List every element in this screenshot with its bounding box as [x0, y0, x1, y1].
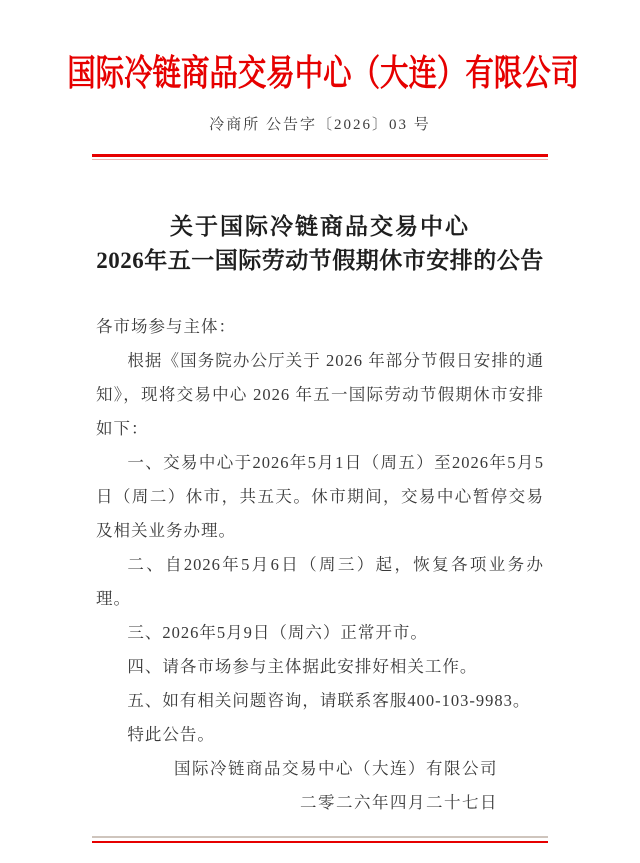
- paragraph-item-5: 五、如有相关问题咨询，请联系客服400-103-9983。: [96, 684, 544, 718]
- signature-date: 二零二六年四月二十七日: [96, 786, 544, 820]
- closing-statement: 特此公告。: [96, 718, 544, 752]
- paragraph-item-2: 二、自2026年5月6日（周三）起，恢复各项业务办理。: [96, 548, 544, 616]
- signature-org: 国际冷链商品交易中心（大连）有限公司: [96, 752, 544, 786]
- paragraph-item-4: 四、请各市场参与主体据此安排好相关工作。: [96, 650, 544, 684]
- footer-divider-red-line: [92, 841, 548, 843]
- footer-divider-gray-line: [92, 836, 548, 838]
- header-divider: [92, 154, 548, 160]
- paragraph-intro: 根据《国务院办公厅关于 2026 年部分节假日安排的通知》，现将交易中心 202…: [96, 344, 544, 446]
- header-divider-red-line: [92, 154, 548, 157]
- org-title: 国际冷链商品交易中心（大连）有限公司: [67, 0, 573, 97]
- doc-title: 关于国际冷链商品交易中心 2026年五一国际劳动节假期休市安排的公告: [0, 210, 640, 278]
- salutation: 各市场参与主体：: [96, 310, 544, 344]
- doc-title-line2: 2026年五一国际劳动节假期休市安排的公告: [0, 244, 640, 278]
- doc-number: 冷商所 公告字〔2026〕03 号: [0, 113, 640, 134]
- paragraph-item-3: 三、2026年5月9日（周六）正常开市。: [96, 616, 544, 650]
- header-divider-pink-line: [92, 159, 548, 160]
- paragraph-item-1: 一、交易中心于2026年5月1日（周五）至2026年5月5日（周二）休市，共五天…: [96, 446, 544, 548]
- doc-title-line1: 关于国际冷链商品交易中心: [0, 210, 640, 244]
- announcement-page: 国际冷链商品交易中心（大连）有限公司 冷商所 公告字〔2026〕03 号 关于国…: [0, 0, 640, 863]
- doc-body: 各市场参与主体： 根据《国务院办公厅关于 2026 年部分节假日安排的通知》，现…: [96, 310, 544, 752]
- footer-divider: [92, 836, 548, 843]
- signature-block: 国际冷链商品交易中心（大连）有限公司 二零二六年四月二十七日: [96, 752, 544, 820]
